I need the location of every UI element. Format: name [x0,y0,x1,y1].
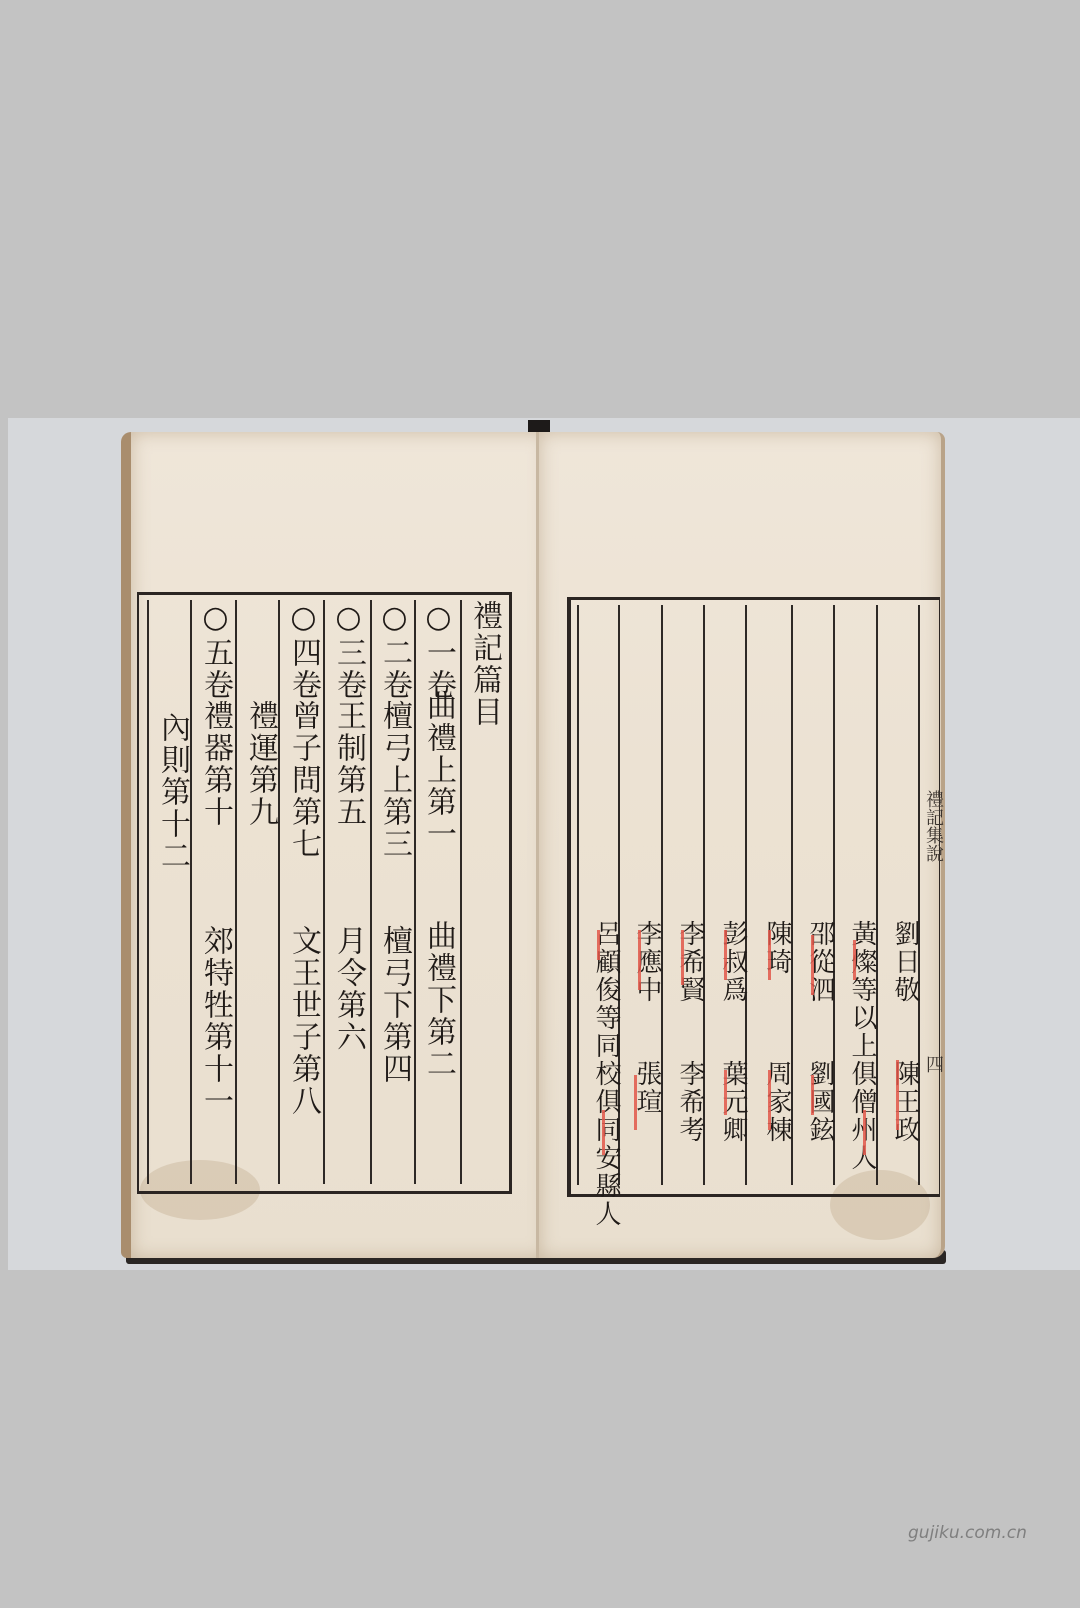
volume-label: ○五卷 [193,600,233,701]
column-rule [190,600,192,1184]
editor-name: 劉日敬 [880,920,920,1004]
chapter-entry: 禮運第九 [238,700,278,828]
editor-name: 張瑄 [622,1060,662,1116]
margin-title: 禮記集說 [920,790,946,862]
chapter-entry: 曲禮下第二 [416,920,456,1080]
red-annotation-mark [724,1070,727,1115]
editor-name: 彭叔爲 [708,920,748,1004]
site-watermark: gujiku.com.cn [908,1523,1027,1543]
editor-name: 李希賢 [665,920,705,1004]
volume-label: ○一卷 [416,600,456,701]
column-rule [323,600,325,1184]
editor-name: 呂顧俊等同校俱同安縣人 [581,920,621,1228]
editor-name: 李應中 [622,920,662,1004]
chapter-entry: 檀弓下第四 [372,925,412,1085]
editor-name: 陳琦 [752,920,792,976]
chapter-entry: 郊特牲第十一 [193,925,233,1117]
page-number: 四 [920,1055,946,1073]
editor-name: 周家棟 [752,1060,792,1144]
chapter-entry: 內則第十二 [150,712,190,872]
editor-name: 邵從泗 [795,920,835,1004]
volume-label: ○三卷 [326,600,366,701]
red-annotation-mark [634,1075,637,1130]
red-annotation-mark [597,930,600,960]
chapter-entry: 曲禮上第一 [416,690,456,850]
toc-title: 禮記篇目 [462,600,502,728]
column-rule [278,600,280,1184]
red-annotation-mark [724,930,727,980]
chapter-entry: 檀弓上第三 [372,700,412,860]
red-annotation-mark [602,1110,605,1155]
red-annotation-mark [768,930,771,980]
chapter-entry: 月令第六 [326,925,366,1053]
volume-label: ○四卷 [281,600,321,701]
red-annotation-mark [638,930,641,990]
red-annotation-mark [896,1060,899,1130]
red-annotation-mark [681,930,684,985]
red-annotation-mark [768,1070,771,1130]
column-rule [577,605,579,1185]
red-annotation-mark [863,1110,866,1155]
volume-label: ○二卷 [372,600,412,701]
column-rule [147,600,149,1184]
editor-name: 劉國鉉 [795,1060,835,1144]
chapter-entry: 王制第五 [326,700,366,828]
column-rule [235,600,237,1184]
editor-name: 陳王政 [880,1060,920,1144]
editor-name: 葉元卿 [708,1060,748,1144]
editor-name: 黃燦等以上俱僧州人 [837,920,877,1172]
chapter-entry: 文王世子第八 [281,925,321,1117]
editor-name: 李希考 [665,1060,705,1144]
red-annotation-mark [811,935,814,995]
chapter-entry: 曾子問第七 [281,700,321,860]
red-annotation-mark [853,940,856,980]
chapter-entry: 禮器第十 [193,700,233,828]
red-annotation-mark [811,1075,814,1115]
